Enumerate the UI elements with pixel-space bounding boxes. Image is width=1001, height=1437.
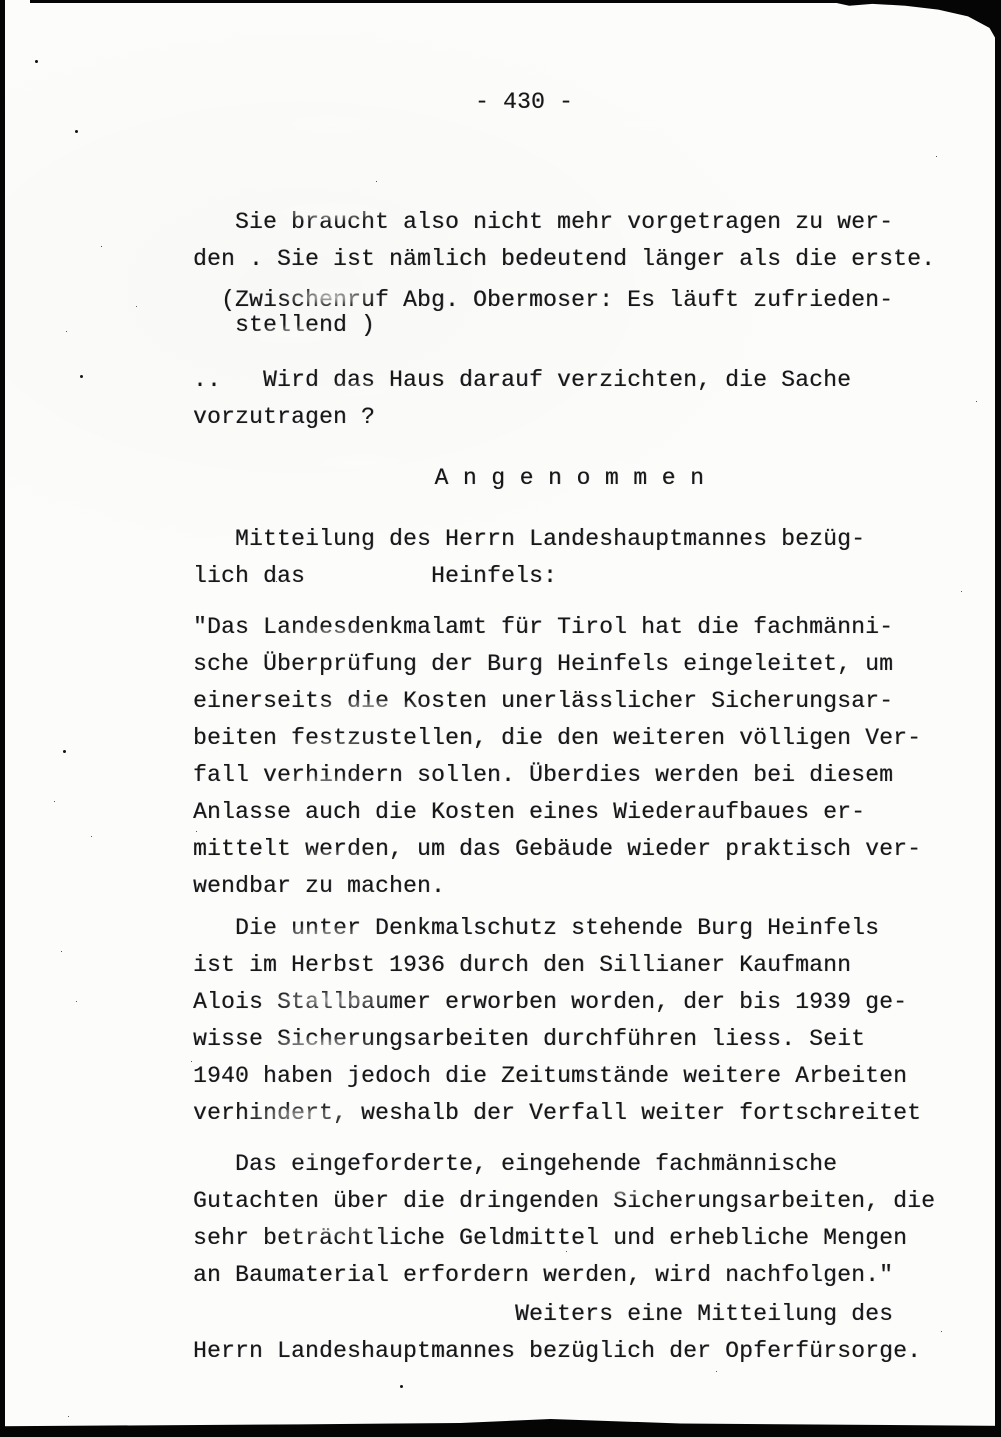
scan-edge-left: [0, 0, 5, 1437]
text-line: an Baumaterial erfordern werden, wird na…: [193, 1257, 963, 1294]
paragraph-block: Die unter Denkmalschutz stehende Burg He…: [193, 910, 963, 1132]
text-line: Gutachten über die dringenden Sicherungs…: [193, 1183, 963, 1220]
text-line: Sie braucht also nicht mehr vorgetragen …: [193, 204, 963, 241]
text-line: den . Sie ist nämlich bedeutend länger a…: [193, 241, 963, 278]
paragraph-block: Das eingeforderte, eingehende fachmännis…: [193, 1146, 963, 1294]
text-line: sehr beträchtliche Geldmittel und erhebl…: [193, 1220, 963, 1257]
text-line: verhindert, weshalb der Verfall weiter f…: [193, 1095, 963, 1132]
text-line: lich das Heinfels:: [193, 558, 963, 595]
page-content: - 430 - Sie braucht also nicht mehr vorg…: [193, 36, 963, 1422]
scanned-page: - 430 - Sie braucht also nicht mehr vorg…: [0, 0, 1001, 1437]
paragraph-block: Mitteilung des Herrn Landeshauptmannes b…: [193, 521, 963, 595]
text-line: sche Überprüfung der Burg Heinfels einge…: [193, 646, 963, 683]
paragraph-block: .. Wird das Haus darauf verzichten, die …: [193, 362, 963, 436]
text-line: Herrn Landeshauptmannes bezüglich der Op…: [193, 1333, 963, 1370]
text-line: wendbar zu machen.: [193, 868, 963, 905]
text-line: .. Wird das Haus darauf verzichten, die …: [193, 362, 963, 399]
text-line: Alois Stallbaumer erworben worden, der b…: [193, 984, 963, 1021]
text-line: vorzutragen ?: [193, 399, 963, 436]
scan-speckles: [35, 60, 38, 63]
paragraph-block: (Zwischenruf Abg. Obermoser: Es läuft zu…: [193, 288, 963, 338]
text-line: Weiters eine Mitteilung des: [193, 1296, 963, 1333]
paragraph-block: A n g e n o m m e n: [193, 460, 963, 497]
text-line: (Zwischenruf Abg. Obermoser: Es läuft zu…: [193, 288, 963, 313]
scan-edge-right: [995, 0, 1001, 1437]
text-line: Die unter Denkmalschutz stehende Burg He…: [193, 910, 963, 947]
text-line: fall verhindern sollen. Überdies werden …: [193, 757, 963, 794]
text-line: ist im Herbst 1936 durch den Sillianer K…: [193, 947, 963, 984]
text-line: Anlasse auch die Kosten eines Wiederaufb…: [193, 794, 963, 831]
text-line: A n g e n o m m e n: [193, 460, 963, 497]
text-line: 1940 haben jedoch die Zeitumstände weite…: [193, 1058, 963, 1095]
text-line: einerseits die Kosten unerlässlicher Sic…: [193, 683, 963, 720]
text-line: wisse Sicherungsarbeiten durchführen lie…: [193, 1021, 963, 1058]
paragraph-block: Weiters eine Mitteilung desHerrn Landesh…: [193, 1296, 963, 1370]
paragraph-block: Sie braucht also nicht mehr vorgetragen …: [193, 204, 963, 278]
text-line: mittelt werden, um das Gebäude wieder pr…: [193, 831, 963, 868]
document-body: Sie braucht also nicht mehr vorgetragen …: [193, 204, 963, 1370]
page-number: - 430 -: [475, 88, 963, 116]
text-line: Mitteilung des Herrn Landeshauptmannes b…: [193, 521, 963, 558]
text-line: Das eingeforderte, eingehende fachmännis…: [193, 1146, 963, 1183]
text-line: beiten festzustellen, die den weiteren v…: [193, 720, 963, 757]
text-line: stellend ): [193, 313, 963, 338]
paragraph-block: "Das Landesdenkmalamt für Tirol hat die …: [193, 609, 963, 905]
text-line: "Das Landesdenkmalamt für Tirol hat die …: [193, 609, 963, 646]
